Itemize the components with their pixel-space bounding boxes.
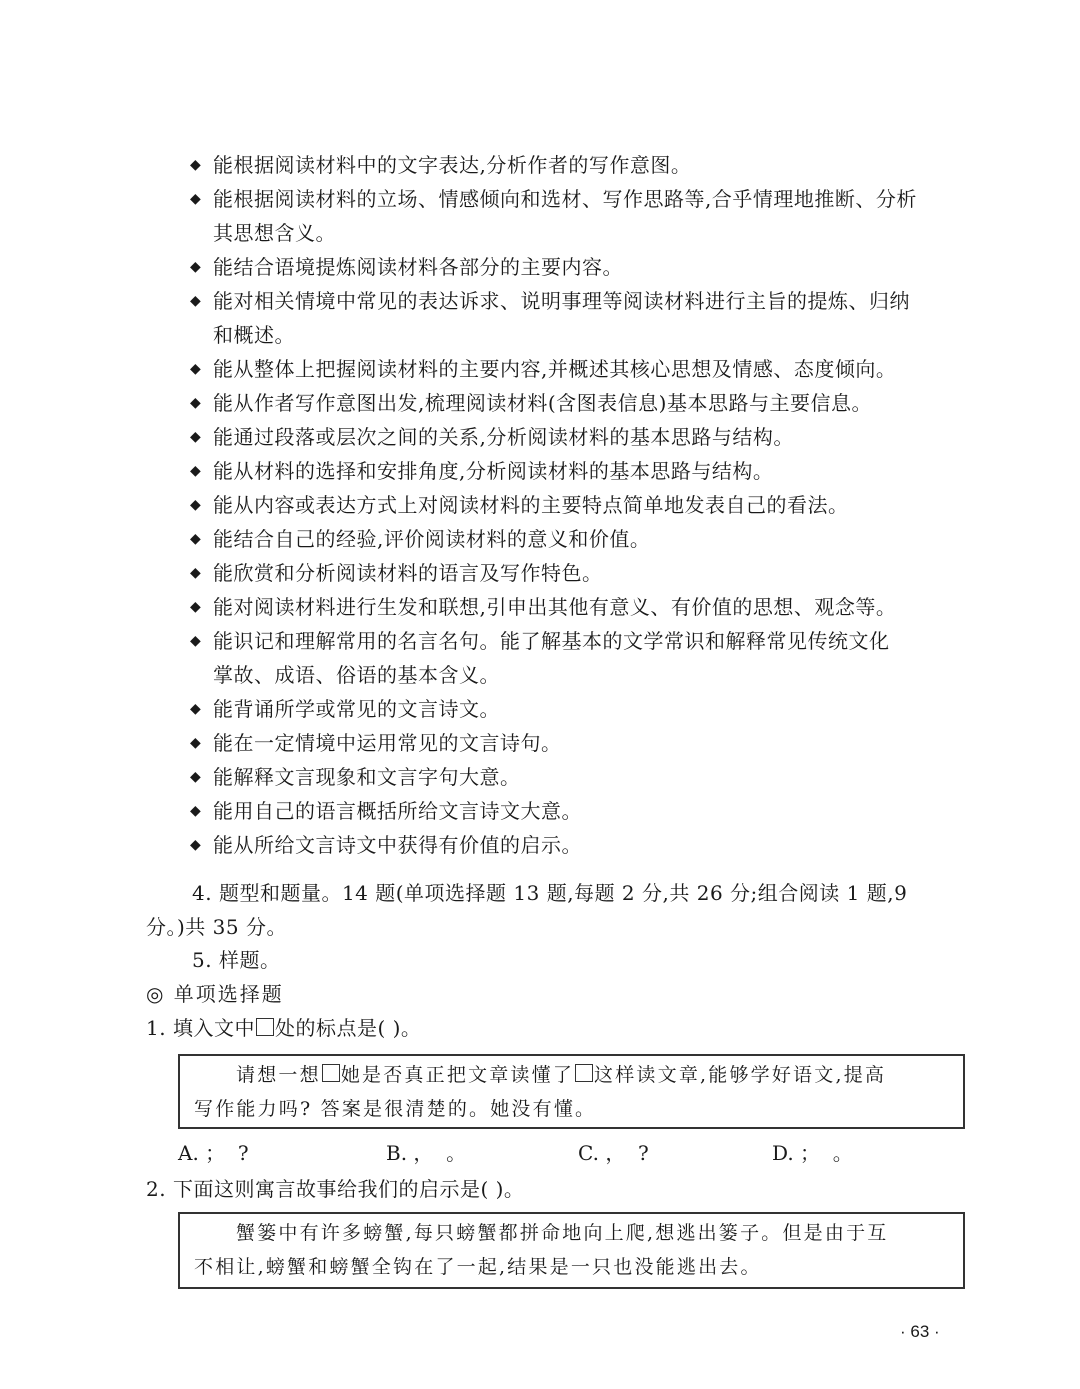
choice-c[interactable]: C. ， ? [578, 1138, 649, 1168]
requirement-item: ◆能对相关情境中常见的表达诉求、说明事理等阅读材料进行主旨的提炼、归纳和概述。 [190, 284, 980, 352]
requirement-text: 能结合语境提炼阅读材料各部分的主要内容。 [213, 250, 980, 284]
page-number: · 63 · [900, 1320, 940, 1344]
diamond-bullet-icon: ◆ [190, 488, 201, 522]
diamond-bullet-icon: ◆ [190, 794, 201, 828]
question-1-passage-line-2: 写作能力吗? 答案是很清楚的。她没有懂。 [194, 1092, 951, 1126]
question-1-stem-prefix: 1. 填入文中 [146, 1016, 255, 1040]
choice-label: D. [772, 1141, 794, 1165]
diamond-bullet-icon: ◆ [190, 420, 201, 454]
requirement-item: ◆能在一定情境中运用常见的文言诗句。 [190, 726, 980, 760]
requirement-text: 能背诵所学或常见的文言诗文。 [213, 692, 980, 726]
requirement-text: 能结合自己的经验,评价阅读材料的意义和价值。 [213, 522, 980, 556]
requirement-item: ◆能对阅读材料进行生发和联想,引申出其他有意义、有价值的思想、观念等。 [190, 590, 980, 624]
diamond-bullet-icon: ◆ [190, 352, 201, 386]
choice-value: ， 。 [413, 1141, 466, 1165]
question-2-passage-box: 蟹篓中有许多螃蟹,每只螃蟹都拼命地向上爬,想逃出篓子。但是由于互 不相让,螃蟹和… [178, 1212, 965, 1289]
diamond-bullet-icon: ◆ [190, 692, 201, 726]
choice-a[interactable]: A. ； ? [178, 1138, 249, 1168]
passage-text-segment: 她是否真正把文章读懂了 [341, 1064, 574, 1086]
question-2-stem: 2. 下面这则寓言故事给我们的启示是( )。 [146, 1172, 524, 1206]
requirement-item: ◆能欣赏和分析阅读材料的语言及写作特色。 [190, 556, 980, 590]
requirement-text: 和概述。 [213, 318, 980, 352]
section-5-heading: 5. 样题。 [192, 943, 280, 977]
choice-label: A. [178, 1141, 199, 1165]
diamond-bullet-icon: ◆ [190, 522, 201, 556]
requirement-text: 能用自己的语言概括所给文言诗文大意。 [213, 794, 980, 828]
requirement-item: ◆能从内容或表达方式上对阅读材料的主要特点简单地发表自己的看法。 [190, 488, 980, 522]
requirement-text: 能从作者写作意图出发,梳理阅读材料(含图表信息)基本思路与主要信息。 [213, 386, 980, 420]
requirements-list: ◆能根据阅读材料中的文字表达,分析作者的写作意图。◆能根据阅读材料的立场、情感倾… [190, 148, 980, 862]
requirement-item: ◆能根据阅读材料中的文字表达,分析作者的写作意图。 [190, 148, 980, 182]
requirement-item: ◆能从作者写作意图出发,梳理阅读材料(含图表信息)基本思路与主要信息。 [190, 386, 980, 420]
requirement-text: 能解释文言现象和文言字句大意。 [213, 760, 980, 794]
diamond-bullet-icon: ◆ [190, 726, 201, 760]
requirement-text: 能欣赏和分析阅读材料的语言及写作特色。 [213, 556, 980, 590]
blank-box-icon [575, 1064, 593, 1082]
requirement-text: 掌故、成语、俗语的基本含义。 [213, 658, 980, 692]
diamond-bullet-icon: ◆ [190, 624, 201, 658]
question-2-passage-line-1: 蟹篓中有许多螃蟹,每只螃蟹都拼命地向上爬,想逃出篓子。但是由于互 [194, 1216, 951, 1250]
requirement-text: 其思想含义。 [213, 216, 980, 250]
requirement-item: ◆能背诵所学或常见的文言诗文。 [190, 692, 980, 726]
requirement-item: ◆能通过段落或层次之间的关系,分析阅读材料的基本思路与结构。 [190, 420, 980, 454]
requirement-item: ◆能用自己的语言概括所给文言诗文大意。 [190, 794, 980, 828]
diamond-bullet-icon: ◆ [190, 182, 201, 216]
section-4-line-1: 4. 题型和题量。14 题(单项选择题 13 题,每题 2 分,共 26 分;组… [192, 876, 907, 910]
requirement-item: ◆能识记和理解常用的名言名句。能了解基本的文学常识和解释常见传统文化掌故、成语、… [190, 624, 980, 692]
requirement-item: ◆能根据阅读材料的立场、情感倾向和选材、写作思路等,合乎情理地推断、分析其思想含… [190, 182, 980, 250]
requirement-text: 能识记和理解常用的名言名句。能了解基本的文学常识和解释常见传统文化 [213, 624, 980, 658]
requirement-text: 能根据阅读材料中的文字表达,分析作者的写作意图。 [213, 148, 980, 182]
requirement-item: ◆能解释文言现象和文言字句大意。 [190, 760, 980, 794]
passage-text-segment: 这样读文章,能够学好语文,提高 [594, 1064, 886, 1086]
requirement-item: ◆能从整体上把握阅读材料的主要内容,并概述其核心思想及情感、态度倾向。 [190, 352, 980, 386]
diamond-bullet-icon: ◆ [190, 828, 201, 862]
diamond-bullet-icon: ◆ [190, 284, 201, 318]
choice-value: ； 。 [800, 1141, 853, 1165]
requirement-item: ◆能结合自己的经验,评价阅读材料的意义和价值。 [190, 522, 980, 556]
requirement-text: 能从所给文言诗文中获得有价值的启示。 [213, 828, 980, 862]
passage-text-segment: 请想一想 [236, 1064, 321, 1086]
section-4-line-2: 分。)共 35 分。 [146, 910, 287, 944]
question-type-heading: ◎ 单项选择题 [146, 977, 284, 1011]
document-page: ◆能根据阅读材料中的文字表达,分析作者的写作意图。◆能根据阅读材料的立场、情感倾… [0, 0, 1080, 1389]
requirement-text: 能从材料的选择和安排角度,分析阅读材料的基本思路与结构。 [213, 454, 980, 488]
diamond-bullet-icon: ◆ [190, 148, 201, 182]
requirement-item: ◆能结合语境提炼阅读材料各部分的主要内容。 [190, 250, 980, 284]
requirement-item: ◆能从所给文言诗文中获得有价值的启示。 [190, 828, 980, 862]
choice-label: B. [386, 1141, 407, 1165]
diamond-bullet-icon: ◆ [190, 760, 201, 794]
diamond-bullet-icon: ◆ [190, 590, 201, 624]
requirement-text: 能对相关情境中常见的表达诉求、说明事理等阅读材料进行主旨的提炼、归纳 [213, 284, 980, 318]
choice-value: ， ? [605, 1141, 648, 1165]
diamond-bullet-icon: ◆ [190, 250, 201, 284]
requirement-text: 能对阅读材料进行生发和联想,引申出其他有意义、有价值的思想、观念等。 [213, 590, 980, 624]
question-1-stem-suffix: 处的标点是( )。 [275, 1016, 421, 1040]
question-2-passage-line-2: 不相让,螃蟹和螃蟹全钩在了一起,结果是一只也没能逃出去。 [194, 1250, 951, 1284]
choice-value: ； ? [205, 1141, 248, 1165]
requirement-text: 能根据阅读材料的立场、情感倾向和选材、写作思路等,合乎情理地推断、分析 [213, 182, 980, 216]
requirement-item: ◆能从材料的选择和安排角度,分析阅读材料的基本思路与结构。 [190, 454, 980, 488]
blank-box-icon [322, 1064, 340, 1082]
choice-b[interactable]: B. ， 。 [386, 1138, 466, 1168]
choice-d[interactable]: D. ； 。 [772, 1138, 853, 1168]
blank-box-icon [256, 1018, 274, 1036]
question-1-passage-box: 请想一想她是否真正把文章读懂了这样读文章,能够学好语文,提高 写作能力吗? 答案… [178, 1054, 965, 1129]
diamond-bullet-icon: ◆ [190, 556, 201, 590]
diamond-bullet-icon: ◆ [190, 386, 201, 420]
requirement-text: 能从内容或表达方式上对阅读材料的主要特点简单地发表自己的看法。 [213, 488, 980, 522]
requirement-text: 能通过段落或层次之间的关系,分析阅读材料的基本思路与结构。 [213, 420, 980, 454]
diamond-bullet-icon: ◆ [190, 454, 201, 488]
choice-label: C. [578, 1141, 599, 1165]
question-1-passage-line-1: 请想一想她是否真正把文章读懂了这样读文章,能够学好语文,提高 [194, 1058, 951, 1092]
requirement-text: 能从整体上把握阅读材料的主要内容,并概述其核心思想及情感、态度倾向。 [213, 352, 980, 386]
requirement-text: 能在一定情境中运用常见的文言诗句。 [213, 726, 980, 760]
question-1-stem: 1. 填入文中处的标点是( )。 [146, 1011, 421, 1045]
